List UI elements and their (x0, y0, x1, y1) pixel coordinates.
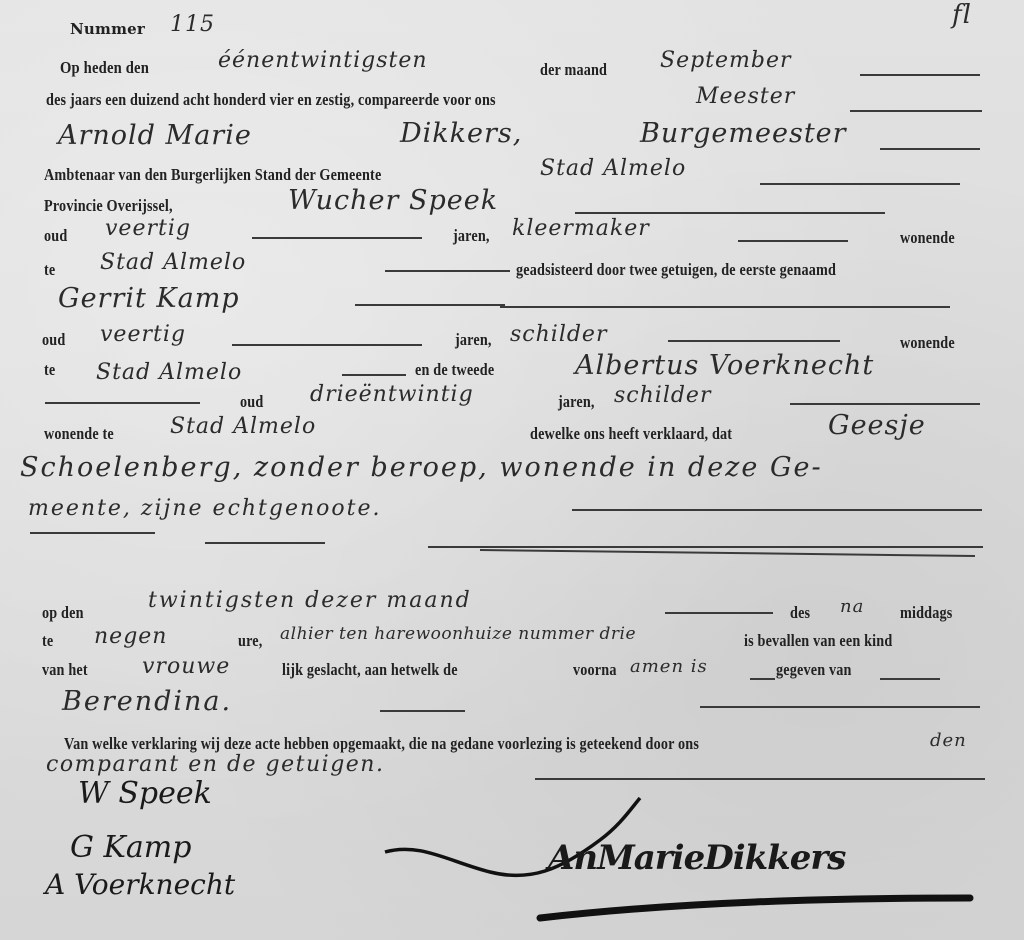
hand-title: Meester (696, 84, 795, 109)
fill-line (572, 509, 982, 511)
fill-line (790, 403, 980, 405)
fill-line (205, 542, 325, 544)
fill-line (760, 183, 960, 185)
signature-father: W Speek (78, 776, 212, 811)
print-te-3: te (42, 631, 53, 651)
print-te-2: te (44, 360, 55, 380)
hand-birth-hour: negen (94, 624, 167, 649)
print-te: te (44, 260, 55, 280)
hand-witness1-age: veertig (100, 322, 186, 347)
hand-witness1-name: Gerrit Kamp (58, 283, 240, 314)
hand-father-residence: Stad Almelo (100, 250, 246, 275)
print-geslacht: lijk geslacht, aan hetwelk de (282, 660, 458, 680)
number-label: Nummer (70, 20, 145, 38)
print-jaren-2: jaren, (455, 330, 492, 350)
hand-month: September (660, 48, 792, 73)
hand-time-of-day: na (840, 596, 864, 617)
fill-line (880, 678, 940, 680)
print-en-de-tweede: en de tweede (415, 360, 494, 380)
print-provincie: Provincie Overijssel, (44, 196, 173, 216)
print-jaren: jaren, (453, 226, 490, 246)
fill-line (880, 148, 980, 150)
fill-line (850, 110, 982, 112)
print-middags: middags (900, 603, 952, 623)
print-dewelke: dewelke ons heeft verklaard, dat (530, 424, 732, 444)
hand-witness2-residence: Stad Almelo (170, 414, 316, 439)
hand-birth-date: twintigsten dezer maand (148, 588, 472, 613)
hand-birth-place: alhier ten harewoonhuize nummer drie (280, 624, 636, 644)
fill-line (700, 706, 980, 708)
fill-line (30, 532, 155, 534)
fill-line (428, 546, 983, 548)
print-gegeven-van: gegeven van (776, 660, 852, 680)
fill-line (45, 402, 200, 404)
print-op-den: op den (42, 603, 84, 623)
hand-witness2-occupation: schilder (614, 383, 711, 408)
fill-line (750, 678, 775, 680)
fill-line (665, 612, 773, 614)
fill-line (860, 74, 980, 76)
print-geadsisteerd: geadsisteerd door twee getuigen, de eers… (516, 260, 836, 280)
fill-line (232, 344, 422, 346)
hand-witness1-residence: Stad Almelo (96, 360, 242, 385)
hand-witness1-occupation: schilder (510, 322, 607, 347)
hand-den: den (930, 730, 967, 751)
print-jaren-3: jaren, (558, 392, 595, 412)
print-des: des (790, 603, 810, 623)
hand-municipality: Stad Almelo (540, 156, 686, 181)
fill-line (500, 306, 950, 308)
fill-line (575, 212, 885, 214)
corner-mark: fl (952, 0, 972, 30)
hand-father-name: Wucher Speek (288, 185, 498, 216)
hand-registrar-name: Arnold Marie (58, 120, 252, 151)
print-oud-3: oud (240, 392, 263, 412)
fill-line (252, 237, 422, 239)
print-ambtenaar: Ambtenaar van den Burgerlijken Stand der… (44, 165, 381, 185)
fill-line (738, 240, 848, 242)
hand-child-name: Berendina. (62, 686, 232, 717)
print-year: des jaars een duizend acht honderd vier … (46, 90, 496, 110)
fill-line (385, 270, 510, 272)
hand-mother-details: Schoelenberg, zonder beroep, wonende in … (20, 452, 823, 483)
fill-line (535, 778, 985, 780)
print-wonende-te: wonende te (44, 424, 114, 444)
hand-registrar-surname: Dikkers, (400, 118, 522, 149)
signature-witness-1: G Kamp (70, 830, 191, 865)
fill-line (342, 374, 406, 376)
hand-witness2-name: Albertus Voerknecht (575, 350, 874, 381)
hand-voornamen: amen is (630, 656, 708, 677)
print-wonende: wonende (900, 228, 955, 248)
hand-father-age: veertig (105, 216, 191, 241)
print-ure: ure, (238, 631, 262, 651)
print-op-heden: Op heden den (60, 58, 149, 78)
print-oud-2: oud (42, 330, 65, 350)
fill-line (480, 549, 975, 557)
hand-day: éénentwintigsten (218, 48, 428, 73)
hand-child-sex: vrouwe (142, 654, 230, 679)
hand-mother-relation: meente, zijne echtgenoote. (28, 496, 382, 521)
print-bevallen: is bevallen van een kind (744, 631, 892, 651)
certificate-number: 115 (170, 12, 215, 37)
hand-witness2-age: drieëntwintig (310, 382, 474, 407)
hand-father-occupation: kleermaker (512, 216, 650, 241)
print-verklaring: Van welke verklaring wij deze acte hebbe… (64, 734, 699, 754)
print-der-maand: der maand (540, 60, 607, 80)
print-oud: oud (44, 226, 67, 246)
print-van-het: van het (42, 660, 88, 680)
print-voorna: voorna (573, 660, 617, 680)
hand-registrar-title: Burgemeester (640, 118, 847, 149)
fill-line (380, 710, 465, 712)
print-wonende-2: wonende (900, 333, 955, 353)
signature-witness-2: A Voerknecht (45, 868, 235, 901)
fill-line (668, 340, 840, 342)
fill-line (355, 304, 505, 306)
hand-mother-firstname: Geesje (828, 410, 926, 441)
signature-registrar: AnMarieDikkers (548, 838, 845, 878)
hand-comparant: comparant en de getuigen. (46, 752, 384, 777)
